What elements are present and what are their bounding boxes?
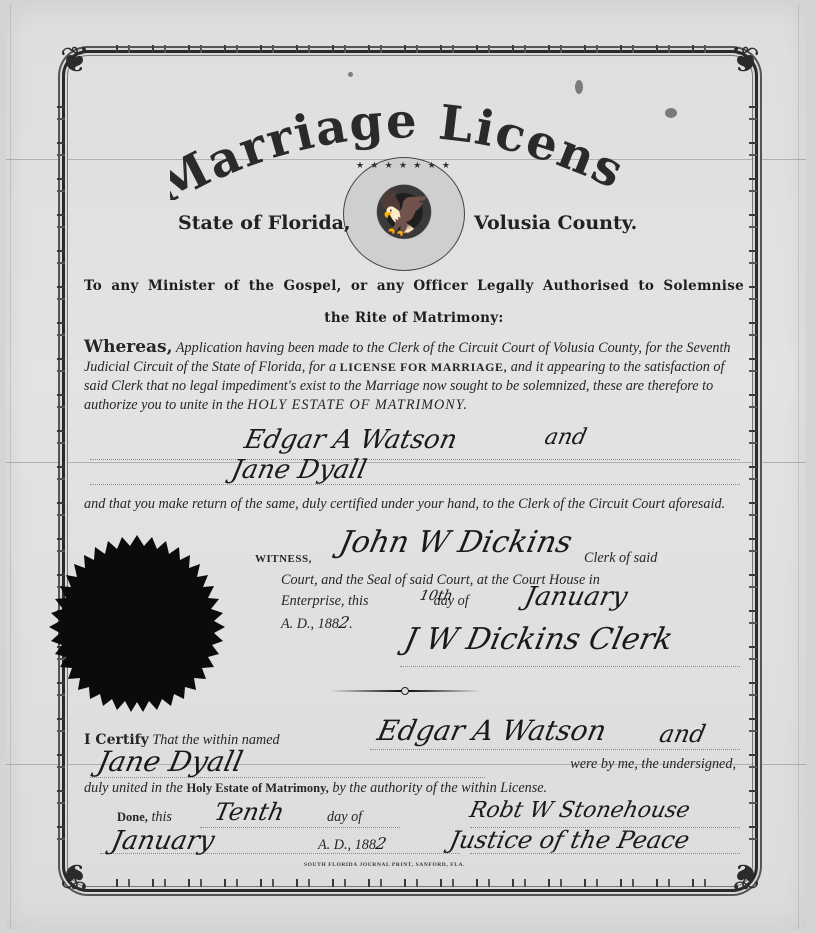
cert-groom-name: Edgar A Watson [374,714,609,747]
witness-text: Clerk of said [584,550,657,566]
holy-estate-caps: HOLY ESTATE OF MATRIMONY. [247,397,468,413]
certify-holy: Holy Estate of Matrimony, [186,781,328,795]
witness-month: January [522,582,630,612]
ink-stain [575,80,583,94]
section-divider [330,690,480,692]
done-line-blank [200,826,400,828]
and-word: and [542,425,589,450]
border-ornament-right [749,100,757,840]
court-seal-icon [33,533,241,723]
done-year-digit: 2 [374,834,388,853]
officiant-name: Robt W Stonehouse [467,798,692,823]
license-caps: LICENSE FOR MARRIAGE, [340,360,508,374]
greeting-line-2: the Rite of Matrimony: [84,310,744,326]
printer-credit: SOUTH FLORIDA JOURNAL PRINT, SANFORD, FL… [304,862,465,868]
signature-line [400,665,740,667]
clerk-name: John W Dickins [336,525,575,560]
bride-name: Jane Dyall [229,455,369,485]
witness-line-3: Enterprise, this day of [255,591,745,612]
border-ornament-bottom [110,879,710,887]
fold-line [798,4,799,929]
corner-flourish-icon: ❦ [722,852,768,898]
border-ornament-top [110,45,710,53]
done-label: Done, [117,810,148,824]
cert-name-line [370,748,740,750]
officiant-title: Justice of the Peace [447,826,692,854]
eagle-icon: 🦅 [344,186,464,238]
year-prefix: A. D., 188 [281,616,339,632]
cert-and-word: and [657,720,708,748]
whereas-word: Whereas, [84,337,173,357]
eagle-emblem: ★ ★ ★ ★ ★ ★ ★ 🦅 [343,157,465,271]
fold-line [10,4,11,929]
corner-flourish-icon: ❦ [722,38,768,84]
groom-name: Edgar A Watson [242,425,460,455]
done-day: Tenth [212,798,287,826]
certify-line-3: duly united in the Holy Estate of Matrim… [84,776,744,800]
return-paragraph: and that you make return of the same, du… [84,495,744,514]
name-line [90,483,740,485]
ink-stain [665,108,677,118]
greeting-line: To any Minister of the Gospel, or any Of… [84,278,744,294]
county-label: Volusia County. [474,212,637,234]
certify-text-2b: by the authority of the within License. [329,780,547,796]
ink-stain [348,72,353,77]
cert-bride-name: Jane Dyall [94,745,245,778]
whereas-paragraph: Whereas, Application having been made to… [84,338,744,415]
witness-text-3a: Enterprise, this [281,593,369,609]
certify-text-2a: duly united in the [84,780,186,796]
witness-label: WITNESS, [255,553,312,565]
done-month: January [109,826,217,856]
stars-icon: ★ ★ ★ ★ ★ ★ ★ [344,160,464,171]
corner-flourish-icon: ❦ [52,38,98,84]
done-day-of: day of [327,809,362,825]
corner-flourish-icon: ❦ [52,852,98,898]
border-ornament-left [57,100,65,840]
witness-day: 10th [418,588,454,604]
witness-text-2: Court, and the Seal of said Court, at th… [255,570,745,591]
state-label: State of Florida, [178,212,351,234]
done-this: this [151,809,172,825]
done-ad: A. D., 188 [318,837,376,853]
name-line [90,458,740,460]
clerk-signature: J W Dickins Clerk [401,622,676,657]
